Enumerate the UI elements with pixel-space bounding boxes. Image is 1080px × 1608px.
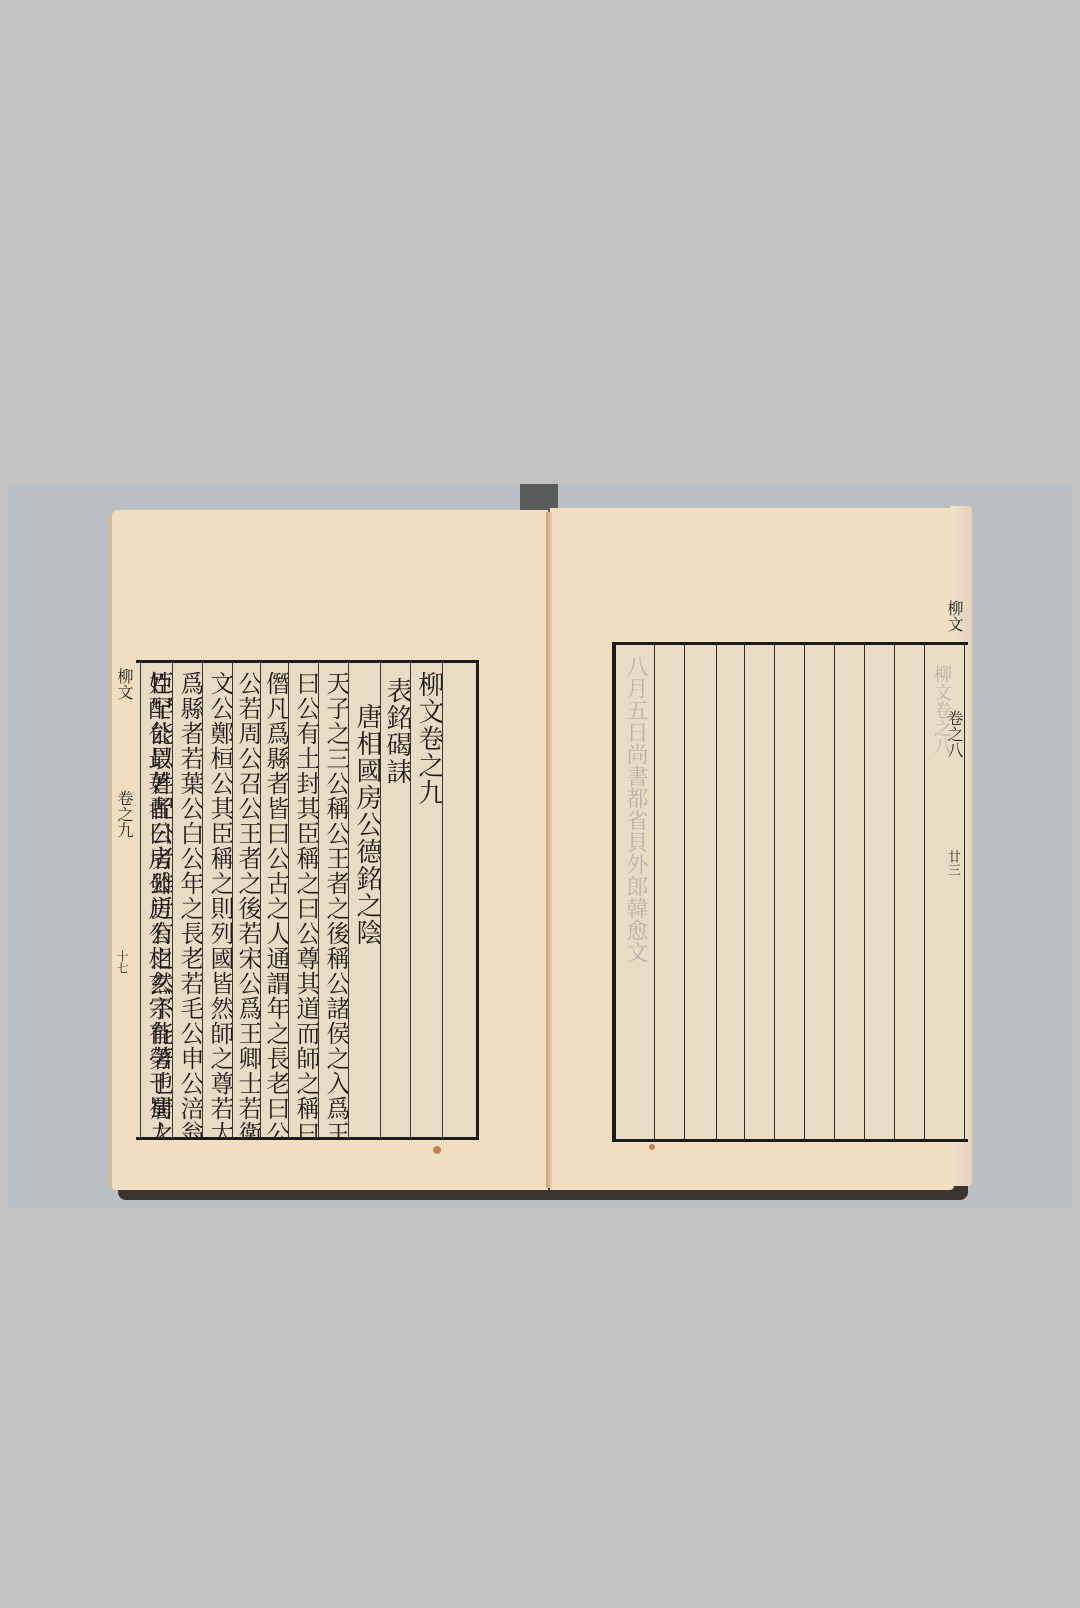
margin-label-page: 十七	[116, 950, 128, 974]
margin-label-page: 廿三	[946, 850, 959, 876]
chapter-title: 唐相國房公德銘之陰	[348, 663, 380, 1137]
section-title: 表銘碣誄	[380, 663, 410, 1137]
text-column: 姓配公最著者曰房公房公相玄宗有勞于蜀人咸服其	[140, 663, 170, 1137]
margin-label-title: 柳文	[116, 668, 132, 700]
text-column: 天子之三公稱公王者之後稱公諸侯之入爲王卿士亦	[318, 663, 348, 1137]
ink-stain	[649, 1144, 655, 1150]
text-column: 曰公有土封其臣稱之曰公尊其道而師之稱曰公楚之	[288, 663, 318, 1137]
text-column: 公若周公召公王者之後若宋公爲王卿士若衛武公虢	[232, 663, 260, 1137]
book-gutter	[546, 512, 552, 1188]
volume-title: 柳文卷之九	[410, 663, 442, 1137]
ghost-text: 八月五日尚書都省貝外郎韓愈文	[624, 655, 646, 963]
margin-label-volume: 卷之八	[946, 710, 962, 758]
left-text-frame: 柳文卷之九 表銘碣誄 唐相國房公德銘之陰 天子之三公稱公王者之後稱公諸侯之入爲王…	[136, 660, 479, 1140]
text-column-ghost	[442, 663, 476, 1137]
text-column: 爲縣者若葉公白公年之長老若毛公申公涪翁公而大	[172, 663, 202, 1137]
margin-label-volume: 卷之九	[116, 790, 132, 838]
ink-stain	[433, 1146, 441, 1154]
right-text-frame: 八月五日尚書都省貝外郎韓愈文 柳文卷之八	[612, 642, 968, 1142]
text-column: 文公鄭桓公其臣稱之則列國皆然師之尊若太公楚之	[202, 663, 232, 1137]
text-column: 僭凡爲縣者皆曰公古之人通謂年之長老曰公故言三	[260, 663, 288, 1137]
margin-label-title: 柳文	[946, 600, 962, 632]
